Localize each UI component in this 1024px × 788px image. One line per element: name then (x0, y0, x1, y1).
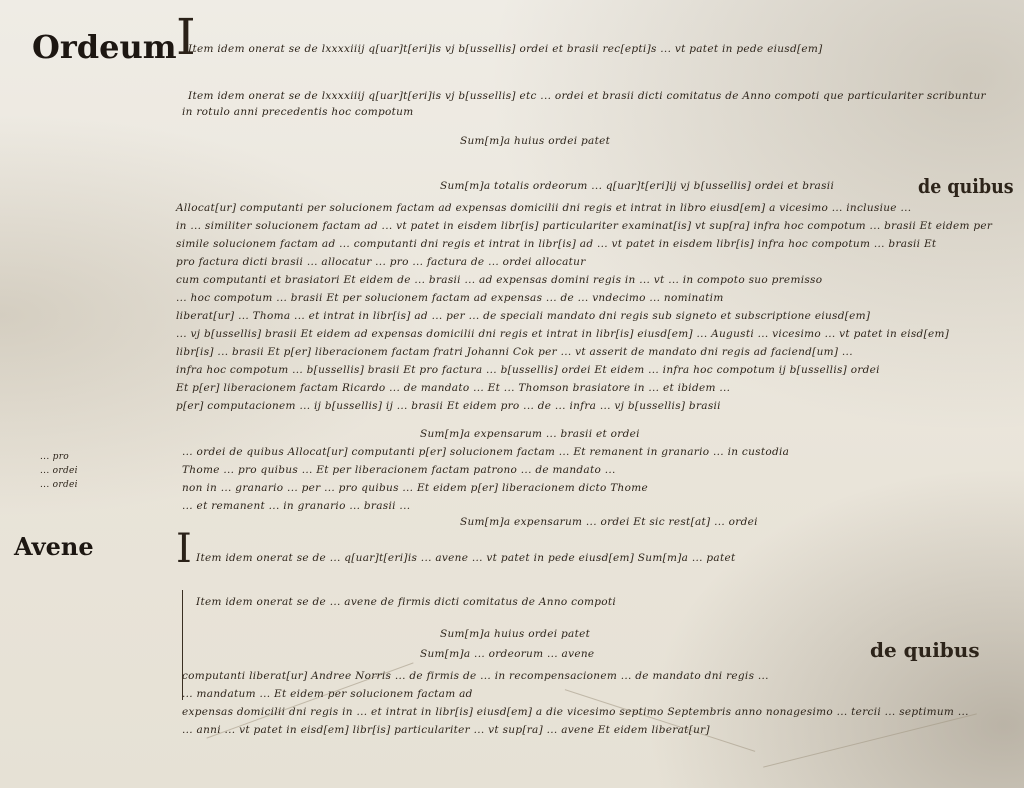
entry-line: ... et remanent ... in granario ... bras… (182, 500, 410, 512)
de-quibus-heading: de quibus (870, 638, 980, 662)
entry-line: Allocat[ur] computanti per solucionem fa… (176, 202, 911, 214)
de-quibus-heading: de quibus (918, 174, 1014, 198)
entry-line: infra hoc compotum ... b[ussellis] brasi… (176, 364, 880, 376)
entry-line: Item idem onerat se de lxxxxiiij q[uar]t… (188, 90, 986, 102)
margin-note: ... ordei (40, 466, 78, 476)
entry-line: cum computanti et brasiatori Et eidem de… (176, 274, 822, 286)
summa-line: Sum[m]a huius ordei patet (440, 628, 590, 640)
entry-line: in ... similiter solucionem factam ad ..… (176, 220, 992, 232)
entry-line: ... mandatum ... Et eidem per solucionem… (182, 688, 473, 700)
entry-line: Item idem onerat se de ... q[uar]t[eri]i… (196, 552, 736, 564)
entry-line: liberat[ur] ... Thoma ... et intrat in l… (176, 310, 870, 322)
summa-line: Sum[m]a expensarum ... brasii et ordei (420, 428, 640, 440)
entry-line: simile solucionem factam ad ... computan… (176, 238, 936, 250)
entry-line: pro factura dicti brasii ... allocatur .… (176, 256, 586, 268)
margin-note: ... pro (40, 452, 69, 462)
entry-line: ... anni ... vt patet in eisd[em] libr[i… (182, 724, 710, 736)
entry-line: expensas domicilii dni regis in ... et i… (182, 706, 969, 718)
entry-line: Item idem onerat se de ... avene de firm… (196, 596, 616, 608)
entry-line: in rotulo anni precedentis hoc compotum (182, 106, 413, 118)
entry-line: Et p[er] liberacionem factam Ricardo ...… (176, 382, 730, 394)
section-heading-ordeum: Ordeum (32, 28, 177, 66)
entry-line: Thome ... pro quibus ... Et per liberaci… (182, 464, 616, 476)
entry-line: Item idem onerat se de lxxxxiiij q[uar]t… (188, 43, 823, 55)
entry-line: computanti liberat[ur] Andree Norris ...… (182, 670, 769, 682)
margin-note: ... ordei (40, 480, 78, 490)
summa-line: Sum[m]a huius ordei patet (460, 135, 610, 147)
margin-bracket (182, 590, 183, 700)
summa-line: Sum[m]a expensarum ... ordei Et sic rest… (460, 516, 758, 528)
summa-line: Sum[m]a ... ordeorum ... avene (420, 648, 594, 660)
entry-line: ... vj b[ussellis] brasii Et eidem ad ex… (176, 328, 949, 340)
entry-line: ... hoc compotum ... brasii Et per soluc… (176, 292, 724, 304)
initial-i: I (176, 526, 192, 572)
entry-line: ... ordei de quibus Allocat[ur] computan… (182, 446, 789, 458)
section-heading-avene: Avene (14, 532, 94, 561)
entry-line: non in ... granario ... per ... pro quib… (182, 482, 648, 494)
entry-line: libr[is] ... brasii Et p[er] liberacione… (176, 346, 853, 358)
entry-line: p[er] computacionem ... ij b[ussellis] i… (176, 400, 721, 412)
initial-i: I (176, 8, 196, 66)
summa-line: Sum[m]a totalis ordeorum ... q[uar]t[eri… (440, 180, 834, 192)
